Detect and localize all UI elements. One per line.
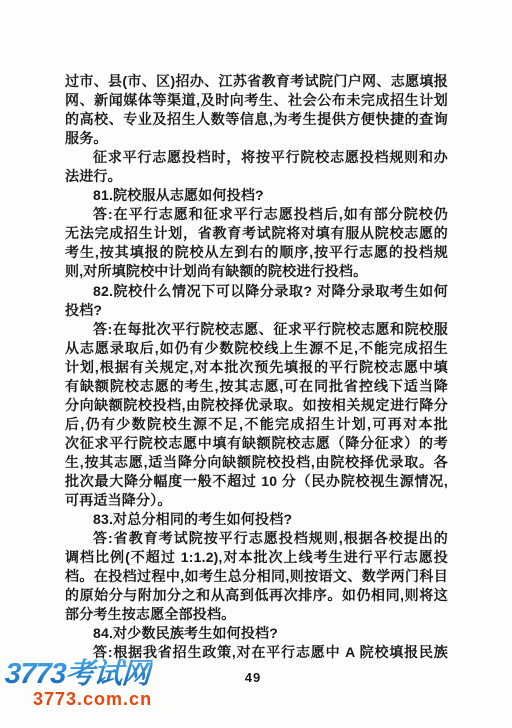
text-line: 的高校、专业及招生人数等信息,为考生提供方便快捷的查询: [65, 110, 448, 129]
text-line: 计划,根据有关规定,对本批次预先填报的平行院校志愿中填: [65, 358, 448, 377]
text-line: 批次最大降分幅度一般不超过 10 分（民办院校视生源情况,: [65, 472, 448, 491]
text-line: 答:在每批次平行院校志愿、征求平行院校志愿和院校服: [65, 320, 448, 339]
text-line: 过市、县(市、区)招办、江苏省教育考试院门户网、志愿填报: [65, 72, 448, 91]
text-line: 后,仍有少数院校生源不足,不能完成招生计划,可再对本批: [65, 415, 448, 434]
text-line: 从志愿录取后,如仍有少数院校线上生源不足,不能完成招生: [65, 339, 448, 358]
text-line: 生,按其志愿,适当降分向缺额院校投档,由院校择优录取。各: [65, 453, 448, 472]
text-line: 的原始分与附加分之和从高到低再次排序。如仍相同,则将这: [65, 586, 448, 605]
site-logo-text: 3773考试网: [4, 658, 153, 690]
text-line: 服务。: [65, 129, 448, 148]
document-text: 过市、县(市、区)招办、江苏省教育考试院门户网、志愿填报 网、新闻媒体等渠道,及…: [65, 72, 448, 662]
text-line: 分向缺额院校投档,由院校择优录取。如按相关规定进行降分: [65, 396, 448, 415]
text-line: 调档比例(不超过 1:1.2),对本批次上线考生进行平行志愿投: [65, 548, 448, 567]
text-line: 则,对所填院校中计划尚有缺额的院校进行投档。: [65, 262, 448, 281]
text-line: 无法完成招生计划，省教育考试院将对填有服从院校志愿的: [65, 224, 448, 243]
text-line: 法进行。: [65, 167, 448, 186]
question-83-heading: 83.对总分相同的考生如何投档?: [65, 510, 448, 529]
text-line: 征求平行志愿投档时，将按平行院校志愿投档规则和办: [65, 148, 448, 167]
document-page: 过市、县(市、区)招办、江苏省教育考试院门户网、志愿填报 网、新闻媒体等渠道,及…: [0, 0, 512, 728]
question-82-heading-line-2: 投档?: [65, 301, 448, 320]
question-82-heading-line-1: 82.院校什么情况下可以降分录取? 对降分录取考生如何: [65, 282, 448, 301]
text-line: 可再适当降分）。: [65, 491, 448, 510]
question-81-heading: 81.院校服从志愿如何投档?: [65, 186, 448, 205]
text-line: 有缺额院校志愿的考生,按其志愿,可在同批省控线下适当降: [65, 377, 448, 396]
site-url-text: 3773.com.cn: [33, 690, 152, 709]
text-line: 档。在投档过程中,如考生总分相同,则按语文、数学两门科目: [65, 567, 448, 586]
site-watermark: 3773考试网 3773.com.cn: [5, 658, 152, 709]
text-line: 部分考生按志愿全部投档。: [65, 605, 448, 624]
text-line: 答:省教育考试院按平行志愿投档规则,根据各校提出的: [65, 529, 448, 548]
text-line: 次征求平行院校志愿中填有缺额院校志愿（降分征求）的考: [65, 434, 448, 453]
text-line: 考生,按其填报的院校从左到右的顺序,按平行志愿的投档规: [65, 243, 448, 262]
text-line: 答:在平行志愿和征求平行志愿投档后,如有部分院校仍: [65, 205, 448, 224]
text-line: 网、新闻媒体等渠道,及时向考生、社会公布未完成招生计划: [65, 91, 448, 110]
question-84-heading: 84.对少数民族考生如何投档?: [65, 624, 448, 643]
